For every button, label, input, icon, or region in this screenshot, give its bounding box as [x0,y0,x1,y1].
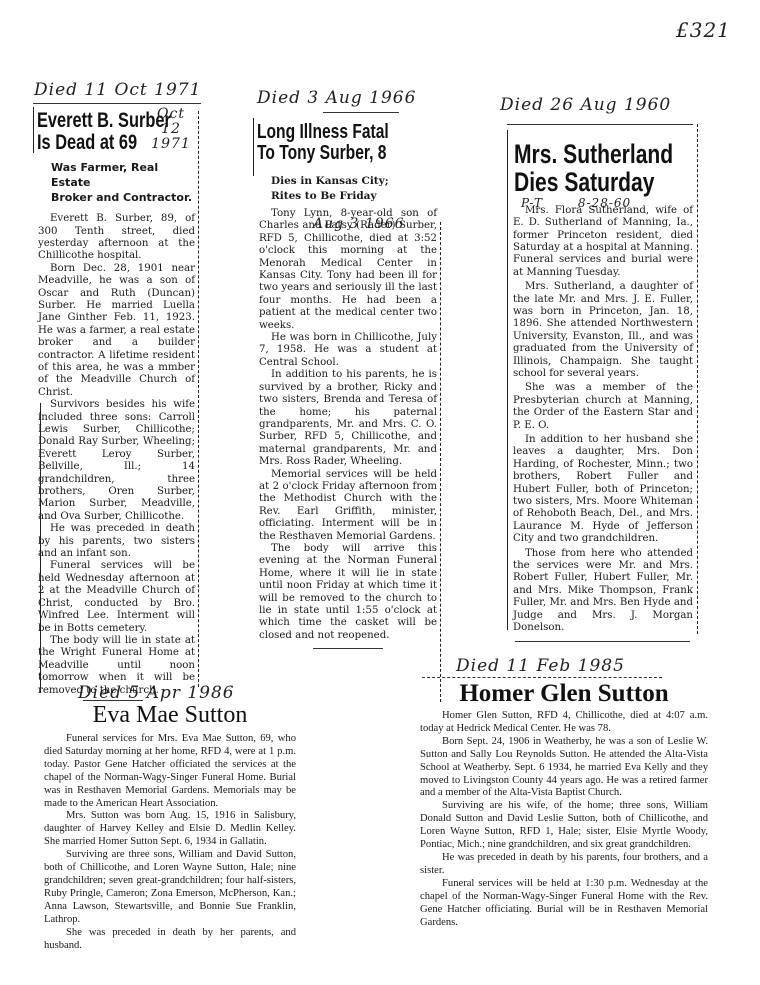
paragraph: Mrs. Flora Sutherland, wife of E. D. Sut… [513,205,693,279]
paragraph: In addition to her husband she leaves a … [513,434,693,546]
headline-line1: Everett B. Surber [37,110,165,132]
headline: Homer Glen Sutton [420,680,708,708]
border-left [33,107,34,153]
divider [33,103,201,104]
end-rule [515,641,690,642]
handwritten-date-sutherland: Died 26 Aug 1960 [500,95,671,115]
paragraph: Mrs. Sutton was born Aug. 15, 1916 in Sa… [44,810,296,849]
paragraph: Mrs. Sutherland, a daughter of the late … [513,281,693,380]
divider [323,112,399,113]
border-right [440,222,441,702]
handwritten-date-tony: Died 3 Aug 1966 [257,88,416,108]
handwritten-margin-note: Oct 12 1971 [151,107,191,152]
paragraph: Funeral services will be held Wednesday … [38,560,195,634]
article-body: Homer Glen Sutton, RFD 4, Chillicothe, d… [420,710,708,929]
page-number-annotation: £321 [676,18,731,42]
paragraph: Born Dec. 28, 1901 near Meadville, he wa… [38,263,195,399]
headline-line2: Dies Saturday [514,168,657,196]
paragraph: He was preceded in death by his parents,… [420,852,708,878]
clipping-eva-mae-sutton: Eva Mae Sutton Funeral services for Mrs.… [44,702,296,952]
paragraph: Born Sept. 24, 1906 in Weatherby, he was… [420,736,708,801]
article-body: Everett B. Surber, 89, of 300 Tenth stre… [33,213,201,697]
paragraph: She was preceded in death by her parents… [44,927,296,953]
paragraph: Surviving are his wife, of the home; thr… [420,800,708,852]
paragraph: Funeral services for Mrs. Eva Mae Sutton… [44,733,296,810]
border-right [198,111,199,687]
border-left-lower [40,403,41,693]
subhead-line2: Rites to Be Friday [271,189,441,204]
paragraph: Memorial services will be held at 2 o'cl… [259,469,437,543]
border-left [507,130,508,630]
headline-line2: To Tony Surber, 8 [257,143,401,164]
border-right [697,124,698,634]
headline-line1: Long Illness Fatal [257,122,401,143]
handwritten-margin-note: P-T 8-28-60 [521,196,631,210]
headline: Eva Mae Sutton [44,702,296,729]
subheadline: Was Farmer, Real Estate Broker and Contr… [51,160,201,205]
clipping-homer-glen-sutton: Homer Glen Sutton Homer Glen Sutton, RFD… [420,680,708,929]
paragraph: He was preceded in death by his parents,… [38,523,195,560]
handwritten-date-everett: Died 11 Oct 1971 [34,80,201,100]
handwritten-date-eva: Died 5 Apr 1986 [78,683,235,703]
article-body: Tony Lynn, 8-year-old son of Charles and… [253,208,441,642]
paragraph: Surviving are three sons, William and Da… [44,849,296,926]
subheadline: Dies in Kansas City; Rites to Be Friday [271,174,441,204]
clipping-everett-surber: Everett B. Surber Is Dead at 69 Oct 12 1… [33,103,201,701]
end-rule [313,648,383,649]
headline-line2: Is Dead at 69 [37,132,165,154]
paragraph: She was a member of the Presbyterian chu… [513,382,693,432]
paragraph: Homer Glen Sutton, RFD 4, Chillicothe, d… [420,710,708,736]
border-left [253,118,254,176]
handwritten-margin-note: Aug 3 1966 [313,216,405,232]
subhead-line1: Was Farmer, Real Estate [51,160,201,190]
article-body: Funeral services for Mrs. Eva Mae Sutton… [44,733,296,952]
paragraph: Funeral services will be held at 1:30 p.… [420,878,708,930]
clipping-tony-surber: Long Illness Fatal To Tony Surber, 8 Die… [253,112,441,649]
subhead-line2: Broker and Contractor. [51,190,201,205]
paragraph: Everett B. Surber, 89, of 300 Tenth stre… [38,213,195,263]
divider [507,124,693,125]
paragraph: Those from here who attended the service… [513,548,693,635]
headline-line1: Mrs. Sutherland [514,140,657,168]
subhead-line1: Dies in Kansas City; [271,174,441,189]
paragraph: The body will arrive this evening at the… [259,543,437,642]
paragraph: In addition to his parents, he is surviv… [259,369,437,468]
clipping-mrs-sutherland: Mrs. Sutherland Dies Saturday P-T 8-28-6… [507,124,697,642]
handwritten-date-homer: Died 11 Feb 1985 [456,656,625,676]
paragraph: Survivors besides his wife included thre… [38,399,195,523]
divider [422,677,662,678]
paragraph: He was born in Chillicothe, July 7, 1958… [259,332,437,369]
article-body: Mrs. Flora Sutherland, wife of E. D. Sut… [507,197,697,635]
